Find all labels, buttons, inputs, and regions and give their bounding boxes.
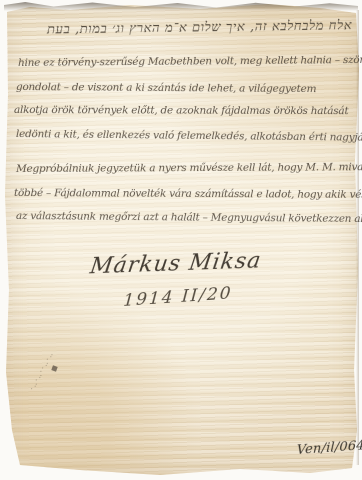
handwritten-line: alkotja örök törvények előtt, de azoknak…	[14, 104, 348, 117]
handwritten-line: Megpróbálniuk jegyzetük a nyers művésze …	[16, 161, 362, 175]
torn-top-edge	[4, 1, 358, 11]
handwritten-line: gondolat – de viszont a ki szántás ide l…	[16, 81, 316, 95]
right-edge-shadow	[356, 10, 359, 465]
handwritten-line: többé – Fájdalommal növelték vára számít…	[14, 187, 362, 201]
paper-sheet	[0, 0, 362, 480]
manuscript-photo: אלח מלבחלבא זה, איך שלום א־מ הארץ וג׳ במ…	[0, 0, 362, 480]
